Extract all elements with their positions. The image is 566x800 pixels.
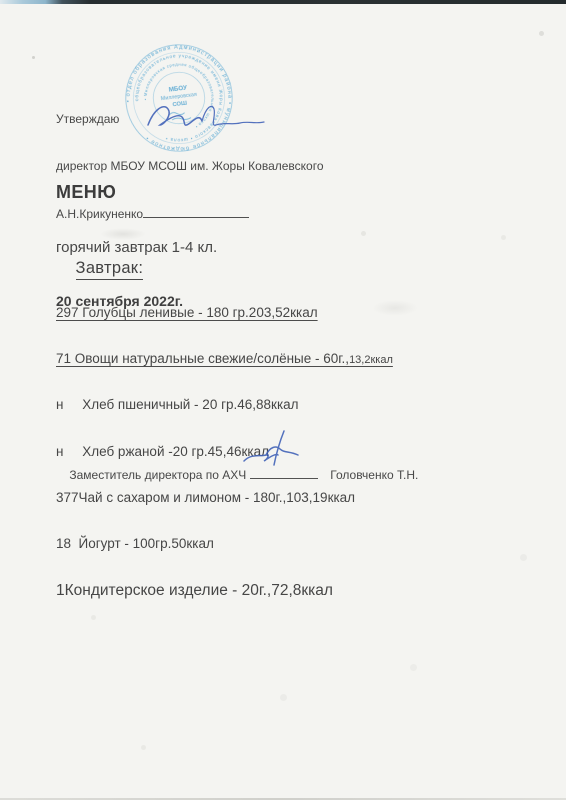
menu-item: 297 Голубцы ленивые - 180 гр.203,52ккал [56,305,393,321]
menu-item: 1Кондитерское изделие - 20г.,72,8ккал [56,582,393,599]
footer-signature-row: Заместитель директора по АХЧГоловченко Т… [56,452,418,496]
menu-item: 18 Йогурт - 100гр.50ккал [56,536,393,552]
menu-item: н Хлеб пшеничный - 20 гр.46,88ккал [56,397,393,413]
deputy-position-label: Заместитель директора по АХЧ [69,468,246,482]
scan-edge-top [0,0,566,4]
menu-item: 71 Овощи натуральные свежие/солёные - 60… [56,351,393,367]
deputy-name: Головченко Т.Н. [330,468,418,482]
scan-noise [32,56,35,59]
scanned-menu-document: • отдел образования Администрации района… [0,0,566,800]
page-title: МЕНЮ [56,181,217,203]
director-signature [144,99,270,135]
deputy-signature [240,429,304,473]
